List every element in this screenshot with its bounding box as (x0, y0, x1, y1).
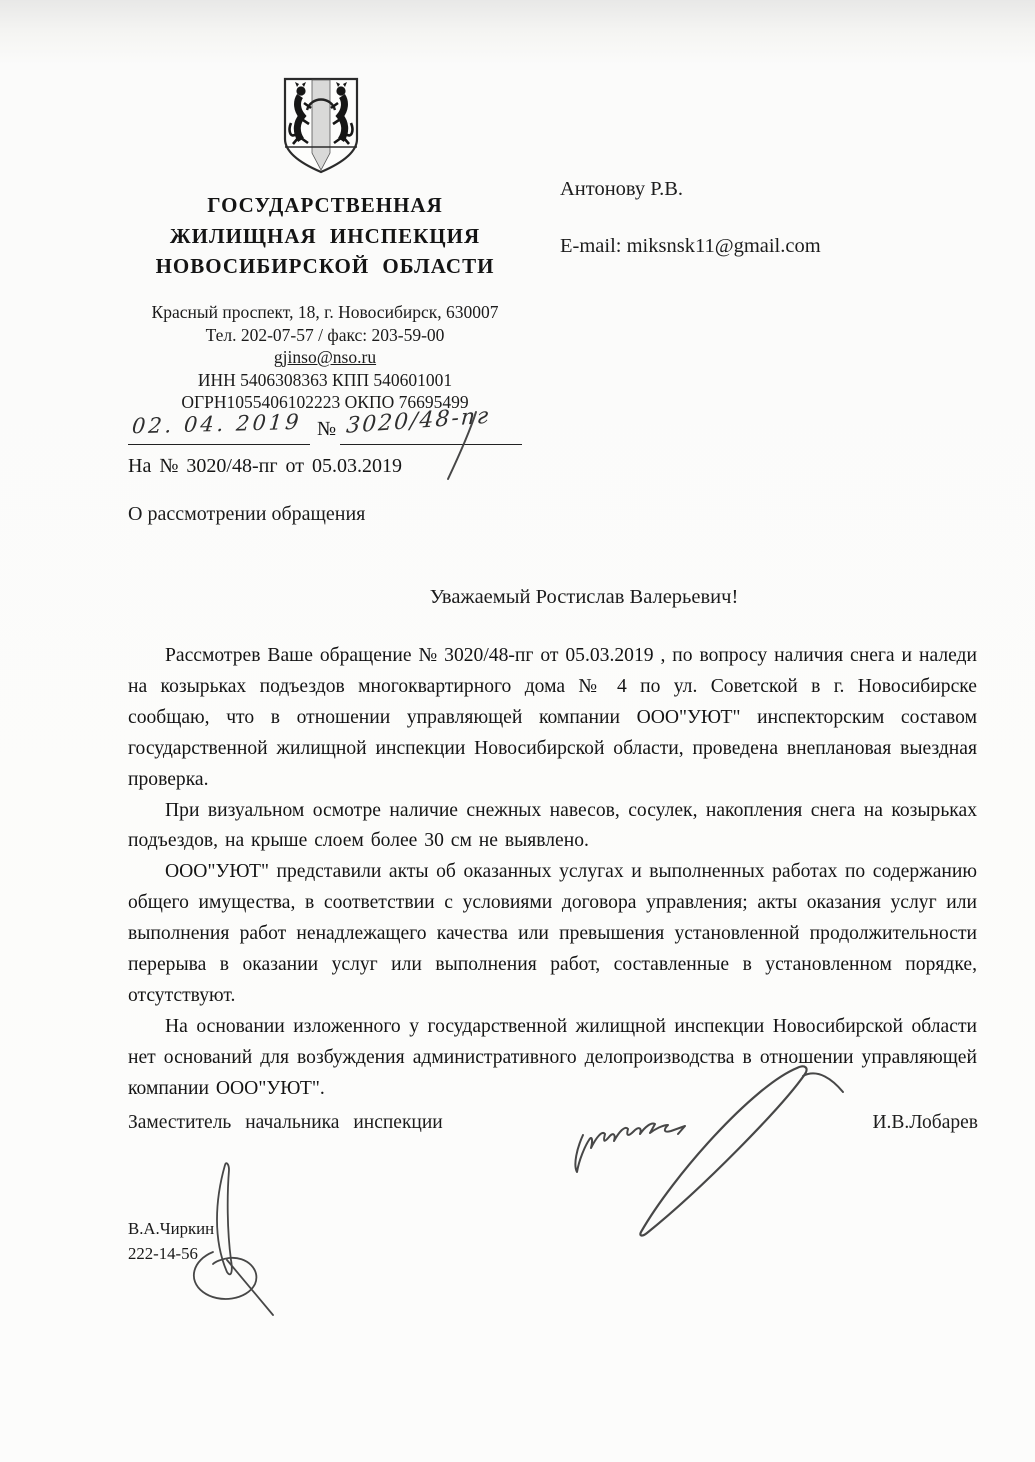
recipient-name: Антонову Р.В. (560, 178, 683, 201)
org-inn-kpp: ИНН 5406308363 КПП 540601001 (95, 369, 555, 392)
executor-phone: 222-14-56 (128, 1242, 214, 1267)
body-paragraph-2: При визуальном осмотре наличие снежных н… (128, 796, 977, 858)
org-phone-fax: Тел. 202-07-57 / факс: 203-59-00 (95, 324, 555, 347)
org-address: Красный проспект, 18, г. Новосибирск, 63… (95, 301, 555, 324)
body-paragraph-4: На основании изложенного у государственн… (128, 1012, 977, 1105)
org-name: ГОСУДАРСТВЕННАЯ ЖИЛИЩНАЯ ИНСПЕКЦИЯ НОВОС… (100, 190, 550, 282)
org-contacts: Красный проспект, 18, г. Новосибирск, 63… (95, 301, 555, 414)
signoff-row: Заместитель начальника инспекции И.В.Лоб… (128, 1112, 978, 1134)
reply-to-reference: На № 3020/48-пг от 05.03.2019 (128, 455, 402, 478)
coat-of-arms-icon (281, 76, 361, 176)
scanned-letter-page: ГОСУДАРСТВЕННАЯ ЖИЛИЩНАЯ ИНСПЕКЦИЯ НОВОС… (0, 0, 1035, 1462)
executor-name: В.А.Чиркин (128, 1217, 214, 1242)
org-name-line3: НОВОСИБИРСКОЙ ОБЛАСТИ (100, 251, 550, 282)
registration-line: 02. 04. 2019 № 3020/48-пг (128, 414, 558, 448)
body-paragraph-1: Рассмотрев Ваше обращение № 3020/48-пг о… (128, 641, 977, 796)
org-email: gjinso@nso.ru (95, 346, 555, 369)
salutation: Уважаемый Ростислав Валерьевич! (160, 586, 1008, 609)
org-name-line2: ЖИЛИЩНАЯ ИНСПЕКЦИЯ (100, 221, 550, 252)
signer-name: И.В.Лобарев (872, 1112, 978, 1134)
letter-body: Рассмотрев Ваше обращение № 3020/48-пг о… (128, 641, 977, 1105)
number-label: № (317, 418, 336, 441)
handwritten-date: 02. 04. 2019 (131, 410, 307, 439)
signer-title: Заместитель начальника инспекции (128, 1112, 443, 1134)
executor-block: В.А.Чиркин 222-14-56 (128, 1217, 214, 1266)
org-name-line1: ГОСУДАРСТВЕННАЯ (100, 190, 550, 221)
date-underline (128, 444, 310, 445)
body-paragraph-3: ООО"УЮТ" представили акты об оказанных у… (128, 857, 977, 1012)
subject-line: О рассмотрении обращения (128, 503, 365, 526)
recipient-email: E-mail: miksnsk11@gmail.com (560, 235, 821, 258)
number-underline (340, 444, 522, 445)
